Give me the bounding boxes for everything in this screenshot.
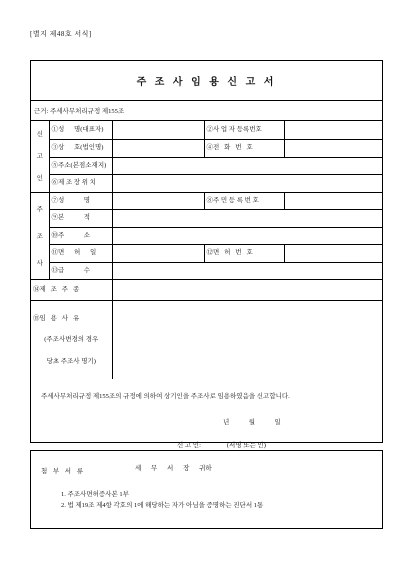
hq-address-label: ⑤주소(본점소재지) <box>49 157 112 174</box>
license-number-label: ⑫면 허 번 호 <box>204 244 284 262</box>
brewer-name-label: ⑦성 명 <box>49 192 112 209</box>
attachments-box: 첨 부 서 류 1. 주조사면허증사본 1부 2. 법 제19조 제4항 각호의… <box>30 450 383 529</box>
table-row: ⑥제 조 장 위 치 <box>31 174 382 192</box>
appointment-reason-note-1: (주조사변경의 경우 <box>33 336 110 343</box>
table-row: ⑤주소(본점소재지) <box>31 157 382 174</box>
brewer-section-header: 주 조 사 <box>31 192 49 279</box>
title-row: 주 조 사 임 용 신 고 서 <box>31 61 382 101</box>
table-row: ⑮임 용 사 유 (주조사변경의 경우 당초 주조사 명기) <box>31 300 382 379</box>
page-title: 주 조 사 임 용 신 고 서 <box>137 73 277 88</box>
table-row: ③상 호(법인명) ④전 화 번 호 <box>31 139 382 157</box>
license-number-field <box>284 244 382 262</box>
liquor-type-field <box>112 279 382 300</box>
applicant-name-label: ①성 명(대표자) <box>49 121 112 139</box>
resident-reg-number-field <box>284 192 382 209</box>
brewer-address-field <box>112 227 382 244</box>
license-date-field <box>112 244 204 262</box>
form-page: { "page": { "note": "[별지 제48호 서식]", "tit… <box>0 0 400 565</box>
appointment-reason-title: ⑮임 용 사 유 <box>33 315 110 322</box>
trade-name-field <box>112 139 204 157</box>
table-row: ⑭제 조 주 종 <box>31 279 382 300</box>
brewer-section-label: 주 조 사 <box>33 194 47 277</box>
reporter-signature-line: 신 고 인: (서명 또는 인) <box>177 440 266 449</box>
hq-address-field <box>112 157 382 174</box>
table-row: 신 고 인 ①성 명(대표자) ②사 업 자 등록번호 <box>31 121 382 139</box>
grade-field <box>112 262 382 279</box>
appointment-reason-label: ⑮임 용 사 유 (주조사변경의 경우 당초 주조사 명기) <box>31 300 112 379</box>
phone-number-field <box>284 139 382 157</box>
brewer-address-label: ⑩주 소 <box>49 227 112 244</box>
form-table: 신 고 인 ①성 명(대표자) ②사 업 자 등록번호 ③상 호(법인명) ④전… <box>31 121 382 379</box>
attachment-item: 1. 주조사면허증사본 1부 <box>61 489 129 498</box>
registered-domicile-label: ⑨본 적 <box>49 209 112 227</box>
attachment-item: 2. 법 제19조 제4항 각호의 1에 해당하는 자가 아님을 증명하는 진단… <box>61 500 263 509</box>
registered-domicile-field <box>112 209 382 227</box>
table-row: 주 조 사 ⑦성 명 ⑧주 민 등 록 번 호 <box>31 192 382 209</box>
trade-name-label: ③상 호(법인명) <box>49 139 112 157</box>
business-reg-number-field <box>284 121 382 139</box>
table-row: ⑨본 적 <box>31 209 382 227</box>
brewer-name-field <box>112 192 204 209</box>
liquor-type-label: ⑭제 조 주 종 <box>31 279 112 300</box>
table-row: ⑬급 수 <box>31 262 382 279</box>
declaration-sentence: 주세사무처리규정 제155조의 규정에 의하여 상기인을 주조사로 임용하였음을… <box>41 391 290 400</box>
appointment-reason-note-2: 당초 주조사 명기) <box>33 358 110 365</box>
date-line: 년 월 일 <box>223 417 281 426</box>
business-reg-number-label: ②사 업 자 등록번호 <box>204 121 284 139</box>
table-row: ⑪면 허 일 ⑫면 허 번 호 <box>31 244 382 262</box>
table-row: ⑩주 소 <box>31 227 382 244</box>
legal-basis: 근거: 주세사무처리규정 제155조 <box>31 101 382 121</box>
factory-location-label: ⑥제 조 장 위 치 <box>49 174 112 192</box>
factory-location-field <box>112 174 382 192</box>
annex-form-number-note: [별지 제48호 서식] <box>30 29 92 39</box>
report-form-box: 주 조 사 임 용 신 고 서 근거: 주세사무처리규정 제155조 신 고 인… <box>30 60 383 443</box>
attachments-heading: 첨 부 서 류 <box>41 466 85 475</box>
applicant-section-header: 신 고 인 <box>31 121 49 192</box>
grade-label: ⑬급 수 <box>49 262 112 279</box>
appointment-reason-field <box>112 300 382 379</box>
applicant-section-label: 신 고 인 <box>33 122 47 190</box>
license-date-label: ⑪면 허 일 <box>49 244 112 262</box>
applicant-name-field <box>112 121 204 139</box>
resident-reg-number-label: ⑧주 민 등 록 번 호 <box>204 192 284 209</box>
phone-number-label: ④전 화 번 호 <box>204 139 284 157</box>
